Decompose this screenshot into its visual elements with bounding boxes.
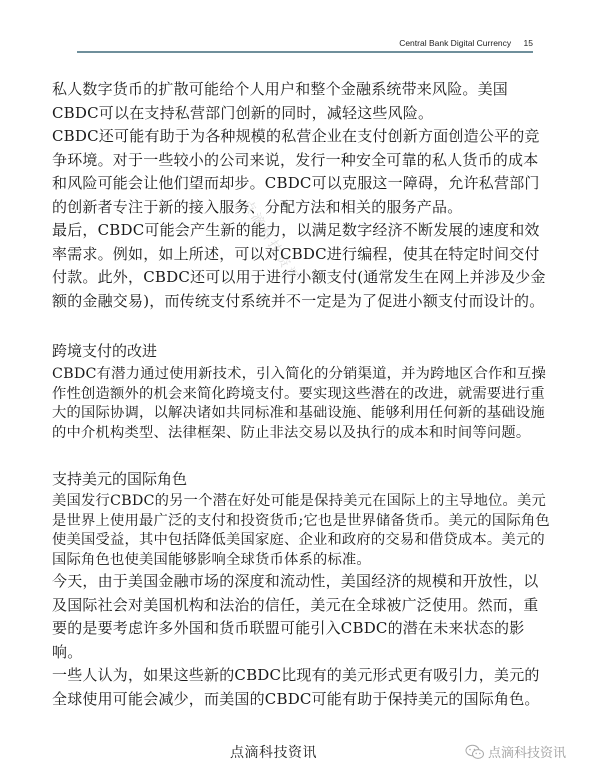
section-heading: 跨境支付的改进 [52,341,552,361]
spacer [52,313,552,341]
paragraph: CBDC还可能有助于为各种规模的私营企业在支付创新方面创造公平的竞争环境。对于一… [52,125,552,219]
header-rule [77,51,533,53]
paragraph: 今天，由于美国金融市场的深度和流动性，美国经济的规模和开放性，以及国际社会对美国… [52,570,552,664]
paragraph: 一些人认为，如果这些新的CBDC比现有的美元形式更有吸引力，美元的全球使用可能会… [52,664,552,711]
section-heading: 支持美元的国际角色 [52,469,552,489]
footer-source-label: 点滴科技资讯 [230,742,317,762]
paragraph: 私人数字货币的扩散可能给个人用户和整个金融系统带来风险。美国CBDC可以在支持私… [52,78,552,125]
page-number: 15 [524,38,533,48]
running-header: Central Bank Digital Currency 15 [77,36,533,50]
spacer [52,443,552,469]
wechat-icon [465,744,485,760]
header-title: Central Bank Digital Currency [399,38,511,48]
paragraph: CBDC有潜力通过使用新技术，引入简化的分销渠道，并为跨地区合作和互操作性创造额… [52,365,552,443]
paragraph: 最后，CBDC可能会产生新的能力，以满足数字经济不断发展的速度和效率需求。例如，… [52,219,552,313]
footer-wechat-badge: 点滴科技资讯 [465,742,566,761]
paragraph: 美国发行CBDC的另一个潜在好处可能是保持美元在国际上的主导地位。美元是世界上使… [52,492,552,570]
footer-account-name: 点滴科技资讯 [488,742,566,761]
page-body: 私人数字货币的扩散可能给个人用户和整个金融系统带来风险。美国CBDC可以在支持私… [52,78,552,711]
